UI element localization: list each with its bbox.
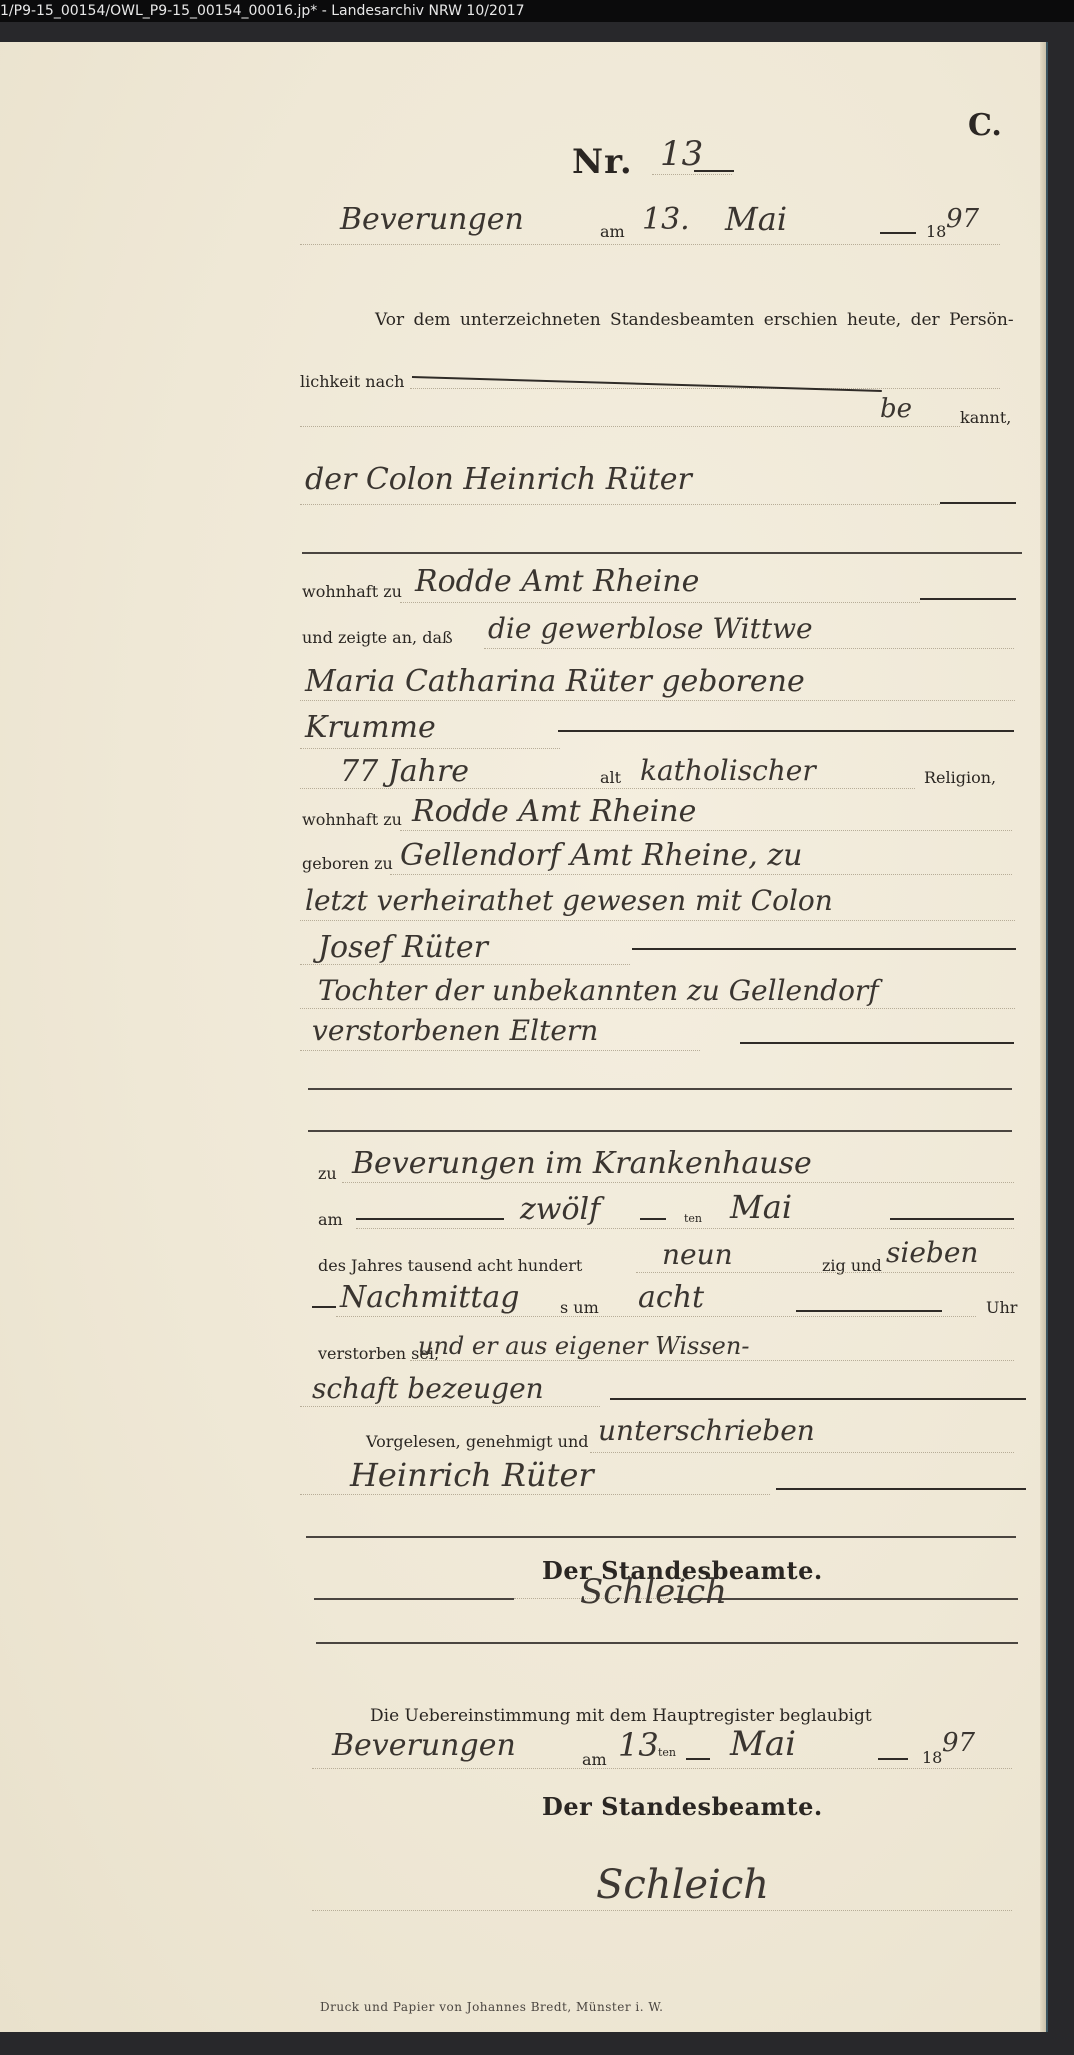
death-time-uhr-label: Uhr <box>986 1298 1017 1317</box>
death-place-dotted-line <box>342 1182 1014 1183</box>
header-day: 13. <box>642 202 690 237</box>
certification-dotted-line <box>312 1768 1012 1769</box>
religion-value: katholischer <box>640 754 816 787</box>
certification-place: Beverungen <box>332 1728 516 1763</box>
intro-line-2-label: lichkeit nach <box>300 372 404 391</box>
death-place-label: zu <box>318 1164 337 1183</box>
certification-am-label: am <box>582 1750 607 1769</box>
death-time-stroke-2 <box>796 1310 942 1312</box>
approval-dotted-line-2 <box>300 1494 770 1495</box>
birth-line-5: verstorbenen Eltern <box>312 1014 598 1047</box>
deceased-line-2: schaft bezeugen <box>312 1372 544 1405</box>
page-edge <box>1040 42 1046 2032</box>
window-title: 1/P9-15_00154/OWL_P9-15_00154_00016.jp* … <box>0 3 525 19</box>
birth-dotted-line-4 <box>300 1008 1015 1009</box>
intro-line-1: Vor dem unterzeichneten Standesbeamten e… <box>375 310 1014 330</box>
residence-2-value: Rodde Amt Rheine <box>412 794 696 829</box>
certification-ten-label: ten <box>658 1746 676 1759</box>
death-time-s-um-label: s um <box>560 1298 599 1317</box>
death-date-month: Mai <box>730 1188 792 1226</box>
registrar-2-signature: Schleich <box>596 1862 769 1908</box>
report-label: und zeigte an, daß <box>302 628 453 647</box>
certification-month: Mai <box>730 1724 796 1764</box>
birth-line-1: Gellendorf Amt Rheine, zu <box>400 838 802 873</box>
printer-imprint: Druck und Papier von Johannes Bredt, Mün… <box>320 2000 663 2014</box>
registrar-1-rule-bottom <box>316 1642 1018 1644</box>
certification-stroke-1 <box>686 1758 710 1760</box>
approval-signature: Heinrich Rüter <box>350 1456 594 1494</box>
report-line-1: die gewerblose Wittwe <box>488 612 813 645</box>
birth-line-2: letzt verheirathet gewesen mit Colon <box>305 884 833 917</box>
informant-name: der Colon Heinrich Rüter <box>305 462 692 497</box>
approval-dotted-line <box>590 1452 1014 1453</box>
certification-year-prefix: 18 <box>922 1748 942 1767</box>
informant-dotted-line <box>300 504 940 505</box>
approval-label: Vorgelesen, genehmigt und <box>366 1432 589 1451</box>
death-date-am-label: am <box>318 1210 343 1229</box>
residence-1-dotted-line <box>400 602 920 603</box>
number-stroke <box>694 170 734 172</box>
certification-year-suffix: 97 <box>942 1728 975 1758</box>
informant-stroke <box>940 502 1016 504</box>
report-dotted-line-3 <box>300 748 560 749</box>
residence-1-stroke <box>920 598 1016 600</box>
deceased-dotted-line-1 <box>410 1360 1014 1361</box>
registrar-1-signature: Schleich <box>580 1572 727 1612</box>
death-place-value: Beverungen im Krankenhause <box>352 1146 812 1181</box>
residence-1-label: wohnhaft zu <box>302 582 402 601</box>
age-alt-label: alt <box>600 768 621 787</box>
intro-strike-line <box>412 376 882 392</box>
residence-1-value: Rodde Amt Rheine <box>415 564 699 599</box>
age-dotted-line <box>300 788 915 789</box>
death-time-daypart: Nachmittag <box>340 1280 520 1315</box>
death-date-stroke-1 <box>356 1218 504 1220</box>
window-title-bar: 1/P9-15_00154/OWL_P9-15_00154_00016.jp* … <box>0 0 1074 22</box>
header-month: Mai <box>725 200 787 238</box>
death-year-label: des Jahres tausend acht hundert <box>318 1256 582 1275</box>
certification-stroke-2 <box>878 1758 908 1760</box>
form-letter: C. <box>968 108 1002 143</box>
approval-value: unterschrieben <box>598 1414 815 1447</box>
approval-stroke <box>776 1488 1026 1490</box>
intro-dotted-line-2 <box>300 426 960 427</box>
birth-stroke-1 <box>632 948 1016 950</box>
certification-text: Die Uebereinstimmung mit dem Hauptregist… <box>370 1706 872 1726</box>
deceased-line-1: und er aus eigener Wissen- <box>418 1332 749 1360</box>
header-stroke <box>880 232 916 234</box>
report-stroke <box>558 730 1014 732</box>
death-date-day: zwölf <box>520 1192 600 1227</box>
death-year-units: sieben <box>886 1236 978 1269</box>
report-dotted-line-2 <box>300 700 1015 701</box>
birth-line-3: Josef Rüter <box>318 930 488 965</box>
birth-rule-2 <box>308 1130 1012 1132</box>
birth-line-4: Tochter der unbekannten zu Gellendorf <box>318 974 879 1007</box>
death-time-stroke-1 <box>312 1306 336 1308</box>
birth-label: geboren zu <box>302 854 393 873</box>
death-date-stroke-2 <box>640 1218 666 1220</box>
death-date-stroke-3 <box>890 1218 1014 1220</box>
intro-handwritten-be: be <box>880 394 912 424</box>
deceased-dotted-line-2 <box>300 1406 600 1407</box>
intro-kannt-label: kannt, <box>960 408 1011 427</box>
death-time-hour: acht <box>638 1280 704 1315</box>
registrar-2-heading: Der Standesbeamte. <box>542 1792 823 1821</box>
age-value: 77 Jahre <box>340 754 469 789</box>
religion-label: Religion, <box>924 768 996 787</box>
number-dotted-line <box>652 174 732 175</box>
report-dotted-line-1 <box>484 648 1014 649</box>
report-line-3: Krumme <box>305 710 436 745</box>
death-date-ten-label: ten <box>684 1212 702 1225</box>
birth-stroke-2 <box>740 1042 1014 1044</box>
certification-day: 13 <box>618 1726 659 1764</box>
residence-2-dotted-line <box>400 830 1012 831</box>
death-year-dotted-line <box>636 1272 1014 1273</box>
birth-rule-1 <box>308 1088 1012 1090</box>
birth-dotted-line-2 <box>300 920 1015 921</box>
report-line-2: Maria Catharina Rüter geborene <box>305 664 805 699</box>
record-number-value: 13 <box>660 134 703 174</box>
residence-2-label: wohnhaft zu <box>302 810 402 829</box>
informant-rule <box>302 552 1022 554</box>
death-time-dotted-line <box>336 1316 976 1317</box>
header-year-suffix: 97 <box>946 204 979 234</box>
header-year-prefix: 18 <box>926 222 946 241</box>
record-number-label: Nr. <box>572 142 633 182</box>
registrar-2-dotted-line <box>312 1910 1012 1911</box>
intro-dotted-line-1 <box>410 388 1000 389</box>
approval-rule <box>306 1536 1016 1538</box>
header-place: Beverungen <box>340 202 524 237</box>
birth-dotted-line-1 <box>390 874 1012 875</box>
death-year-tens: neun <box>662 1238 733 1271</box>
birth-dotted-line-5 <box>300 1050 700 1051</box>
death-date-dotted-line <box>356 1228 1014 1229</box>
header-dotted-line <box>300 244 1000 245</box>
register-page: C. Nr. 13 Beverungen am 13. Mai 18 97 Vo… <box>0 42 1046 2032</box>
birth-dotted-line-3 <box>300 964 630 965</box>
deceased-stroke <box>610 1398 1026 1400</box>
header-am-label: am <box>600 222 625 241</box>
registrar-1-rule-left <box>314 1598 514 1600</box>
